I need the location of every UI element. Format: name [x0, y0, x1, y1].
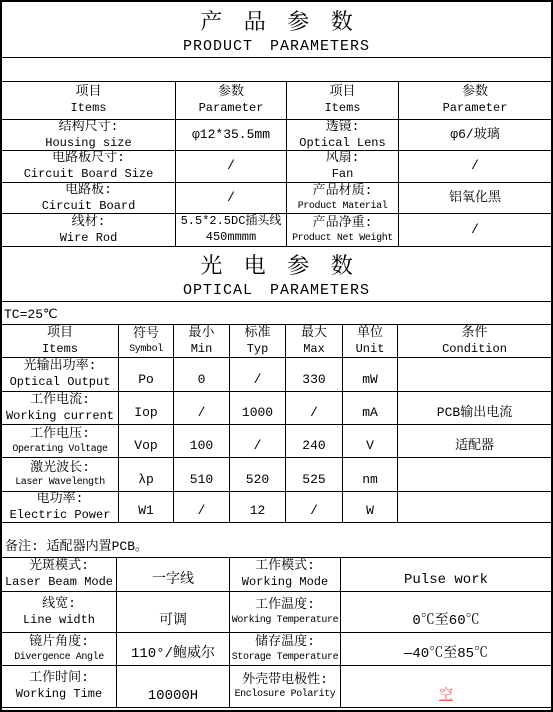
typ-electric-power: 12	[230, 492, 286, 522]
label-working-mode-zh: 工作模式:	[255, 558, 315, 575]
product-parameters-title-block: 产 品 参 数 PRODUCT PARAMETERS	[2, 2, 551, 58]
condition-laser-wavelength	[398, 458, 551, 491]
header-parameter-1: 参数 Parameter	[176, 82, 287, 119]
header-items-zh: 项目	[47, 325, 73, 342]
label-working-temperature: 工作温度: Working Temperature	[230, 592, 341, 632]
optical-row-laser-wavelength: 激光波长: Laser Wavelength λp 510 520 525 nm	[2, 458, 551, 492]
header-max-zh: 最大	[301, 325, 327, 342]
value-fan: /	[399, 151, 551, 182]
header-items-1: 项目 Items	[2, 82, 176, 119]
value-circuit-board-size-text: /	[227, 158, 235, 175]
header-unit-en: Unit	[356, 342, 385, 357]
optical-title-zh: 光 电 参 数	[192, 249, 361, 280]
min-working-current: /	[174, 392, 230, 424]
label-housing-size-zh: 结构尺寸:	[59, 120, 119, 136]
label-product-net-weight: 产品净重: Product Net Weight	[287, 214, 399, 246]
spec-table: 光斑模式: Laser Beam Mode 一字线 工作模式: Working …	[2, 558, 551, 708]
optical-row-electric-power: 电功率: Electric Power W1 / 12 / W	[2, 492, 551, 523]
label-working-current-zh: 工作电流:	[30, 392, 90, 409]
label-enclosure-polarity-zh: 外壳带电极性:	[242, 672, 328, 689]
header-symbol-zh: 符号	[133, 326, 159, 343]
symbol-iop-text: Iop	[134, 405, 157, 422]
label-wire-rod-en: Wire Rod	[60, 231, 118, 246]
min-laser-wavelength-text: 510	[190, 472, 213, 489]
header-min-zh: 最小	[188, 325, 214, 342]
value-optical-lens-text: φ6/玻璃	[450, 127, 499, 144]
label-optical-output-zh: 光输出功率:	[24, 358, 97, 375]
label-optical-lens-zh: 透镜:	[326, 120, 360, 136]
header-parameter-1-en: Parameter	[199, 101, 264, 117]
optical-row-working-current: 工作电流: Working current Iop / 1000 / mA PC…	[2, 392, 551, 425]
typ-operating-voltage: /	[230, 425, 286, 457]
value-product-net-weight: /	[399, 214, 551, 246]
spec-row-divergence-angle: 镜片角度: Divergence Angle 110°/鲍威尔 储存温度: St…	[2, 633, 551, 666]
tc-condition-row: TC=25℃	[2, 302, 551, 325]
value-housing-size: φ12*35.5mm	[176, 120, 287, 150]
label-circuit-board-zh: 电路板:	[65, 183, 112, 199]
unit-electric-power: W	[343, 492, 398, 522]
max-operating-voltage: 240	[286, 425, 343, 457]
header-typ-zh: 标准	[244, 325, 270, 342]
min-operating-voltage: 100	[174, 425, 230, 457]
unit-laser-wavelength: nm	[343, 458, 398, 491]
symbol-w1-text: W1	[138, 503, 154, 520]
value-fan-text: /	[471, 158, 479, 175]
value-laser-beam-mode: 一字线	[117, 558, 230, 591]
max-optical-output: 330	[286, 358, 343, 391]
unit-electric-power-text: W	[366, 503, 374, 520]
label-divergence-angle-en: Divergence Angle	[14, 651, 104, 664]
remark-text: 备注: 适配器内置PCB。	[5, 535, 148, 554]
label-wire-rod-zh: 线材:	[72, 214, 106, 231]
label-storage-temperature: 储存温度: Storage Temperature	[230, 633, 341, 665]
header-typ-en: Typ	[247, 342, 269, 357]
min-working-current-text: /	[198, 405, 206, 422]
label-working-temperature-en: Working Temperature	[232, 614, 338, 627]
optical-row-operating-voltage: 工作电压: Operating Voltage Vop 100 / 240 V …	[2, 425, 551, 458]
header-parameter-2: 参数 Parameter	[399, 82, 551, 119]
header-condition: 条件 Condition	[398, 325, 551, 357]
label-enclosure-polarity: 外壳带电极性: Enclosure Polarity	[230, 666, 341, 707]
typ-working-current: 1000	[230, 392, 286, 424]
label-line-width-zh: 线宽:	[42, 596, 76, 613]
typ-optical-output-text: /	[254, 372, 262, 389]
label-wire-rod: 线材: Wire Rod	[2, 214, 176, 246]
min-optical-output: 0	[174, 358, 230, 391]
optical-table: 项目 Items 符号 Symbol 最小 Min 标准 Typ 最大 Max …	[2, 325, 551, 558]
header-max: 最大 Max	[286, 325, 343, 357]
table-row-wire-rod: 线材: Wire Rod 5.5*2.5DC插头线 450mmmm 产品净重: …	[2, 214, 551, 247]
header-unit-zh: 单位	[357, 325, 383, 342]
value-circuit-board: /	[176, 183, 287, 213]
label-circuit-board-en: Circuit Board	[42, 199, 136, 213]
table-row-housing-size: 结构尺寸: Housing size φ12*35.5mm 透镜: Optica…	[2, 120, 551, 151]
label-circuit-board-size-zh: 电路板尺寸:	[52, 151, 125, 167]
min-optical-output-text: 0	[198, 372, 206, 389]
value-storage-temperature-text: —40℃至85℃	[404, 645, 488, 663]
value-circuit-board-size: /	[176, 151, 287, 182]
label-electric-power-en: Electric Power	[10, 508, 111, 522]
value-working-temperature-text: 0℃至60℃	[412, 612, 479, 630]
product-table: 项目 Items 参数 Parameter 项目 Items 参数 Parame…	[2, 82, 551, 247]
label-laser-wavelength: 激光波长: Laser Wavelength	[2, 458, 119, 491]
symbol-vop: Vop	[119, 425, 174, 457]
header-parameter-2-en: Parameter	[443, 101, 508, 117]
value-working-mode: Pulse work	[341, 558, 551, 591]
unit-optical-output-text: mW	[362, 372, 378, 389]
label-working-temperature-zh: 工作温度:	[255, 597, 315, 614]
value-product-material: 铝氧化黑	[399, 183, 551, 213]
label-fan-en: Fan	[332, 167, 354, 182]
value-enclosure-polarity-text: 空	[439, 687, 453, 705]
symbol-po: Po	[119, 358, 174, 391]
value-enclosure-polarity: 空	[341, 666, 551, 707]
condition-working-current: PCB输出电流	[398, 392, 551, 424]
condition-optical-output	[398, 358, 551, 391]
value-line-width: 可调	[117, 592, 230, 632]
typ-electric-power-text: 12	[250, 503, 266, 520]
value-housing-size-text: φ12*35.5mm	[192, 127, 270, 144]
label-working-time-zh: 工作时间:	[29, 670, 89, 687]
symbol-w1: W1	[119, 492, 174, 522]
label-optical-lens: 透镜: Optical Lens	[287, 120, 399, 150]
product-title-zh: 产 品 参 数	[192, 5, 361, 36]
optical-parameters-title-block: 光 电 参 数 OPTICAL PARAMETERS	[2, 247, 551, 302]
condition-working-current-text: PCB输出电流	[437, 405, 512, 422]
typ-optical-output: /	[230, 358, 286, 391]
label-product-net-weight-zh: 产品净重:	[313, 215, 373, 232]
value-working-time-text: 10000H	[148, 687, 198, 705]
condition-operating-voltage: 适配器	[398, 425, 551, 457]
max-optical-output-text: 330	[302, 372, 325, 389]
max-operating-voltage-text: 240	[302, 438, 325, 455]
min-electric-power-text: /	[198, 503, 206, 520]
optical-row-optical-output: 光输出功率: Optical Output Po 0 / 330 mW	[2, 358, 551, 392]
value-working-temperature: 0℃至60℃	[341, 592, 551, 632]
label-laser-beam-mode-en: Laser Beam Mode	[5, 575, 113, 591]
label-working-time-en: Working Time	[16, 687, 102, 703]
label-product-material-en: Product Material	[298, 200, 388, 213]
symbol-iop: Iop	[119, 392, 174, 424]
label-operating-voltage-en: Operating Voltage	[12, 443, 107, 456]
symbol-po-text: Po	[138, 372, 154, 389]
table-row-circuit-board-size: 电路板尺寸: Circuit Board Size / 风扇: Fan /	[2, 151, 551, 183]
min-operating-voltage-text: 100	[190, 438, 213, 455]
label-optical-lens-en: Optical Lens	[299, 136, 385, 150]
unit-laser-wavelength-text: nm	[362, 472, 378, 489]
symbol-lambda-p: λp	[119, 458, 174, 491]
label-product-material: 产品材质: Product Material	[287, 183, 399, 213]
value-divergence-angle-text: 110°/鲍威尔	[131, 645, 215, 663]
product-title-en: PRODUCT PARAMETERS	[183, 38, 370, 55]
value-line-width-text: 可调	[159, 612, 187, 630]
typ-operating-voltage-text: /	[254, 438, 262, 455]
max-working-current: /	[286, 392, 343, 424]
label-housing-size-en: Housing size	[45, 136, 131, 150]
unit-operating-voltage-text: V	[366, 438, 374, 455]
label-housing-size: 结构尺寸: Housing size	[2, 120, 176, 150]
label-divergence-angle: 镜片角度: Divergence Angle	[2, 633, 117, 665]
label-product-material-zh: 产品材质:	[313, 183, 373, 200]
header-condition-en: Condition	[442, 342, 507, 357]
label-enclosure-polarity-en: Enclosure Polarity	[235, 688, 336, 701]
label-optical-output: 光输出功率: Optical Output	[2, 358, 119, 391]
header-items-2: 项目 Items	[287, 82, 399, 119]
value-divergence-angle: 110°/鲍威尔	[117, 633, 230, 665]
label-operating-voltage: 工作电压: Operating Voltage	[2, 425, 119, 457]
header-items-2-zh: 项目	[329, 84, 355, 101]
header-min-en: Min	[191, 342, 213, 357]
label-laser-beam-mode: 光斑模式: Laser Beam Mode	[2, 558, 117, 591]
label-line-width: 线宽: Line width	[2, 592, 117, 632]
value-wire-rod: 5.5*2.5DC插头线 450mmmm	[176, 214, 287, 246]
optical-title-en: OPTICAL PARAMETERS	[183, 282, 370, 299]
value-working-mode-text: Pulse work	[404, 571, 488, 589]
tc-condition-text: TC=25℃	[4, 307, 58, 322]
label-circuit-board: 电路板: Circuit Board	[2, 183, 176, 213]
typ-working-current-text: 1000	[242, 405, 273, 422]
unit-optical-output: mW	[343, 358, 398, 391]
label-working-current-en: Working current	[6, 409, 114, 424]
value-product-material-text: 铝氧化黑	[449, 190, 501, 207]
header-typ: 标准 Typ	[230, 325, 286, 357]
spec-sheet: 产 品 参 数 PRODUCT PARAMETERS 项目 Items 参数 P…	[0, 0, 553, 712]
header-items-1-zh: 项目	[75, 84, 101, 101]
unit-working-current: mA	[343, 392, 398, 424]
header-unit: 单位 Unit	[343, 325, 398, 357]
min-electric-power: /	[174, 492, 230, 522]
symbol-lambda-p-text: λp	[138, 472, 154, 489]
label-electric-power-zh: 电功率:	[37, 492, 84, 508]
typ-laser-wavelength: 520	[230, 458, 286, 491]
value-storage-temperature: —40℃至85℃	[341, 633, 551, 665]
max-laser-wavelength: 525	[286, 458, 343, 491]
typ-laser-wavelength-text: 520	[246, 472, 269, 489]
label-storage-temperature-zh: 储存温度:	[255, 634, 315, 651]
min-laser-wavelength: 510	[174, 458, 230, 491]
max-electric-power-text: /	[310, 503, 318, 520]
value-wire-rod-line2: 450mmmm	[206, 230, 256, 246]
max-electric-power: /	[286, 492, 343, 522]
label-storage-temperature-en: Storage Temperature	[232, 651, 338, 664]
value-working-time: 10000H	[117, 666, 230, 707]
header-condition-zh: 条件	[461, 325, 487, 342]
label-working-time: 工作时间: Working Time	[2, 666, 117, 707]
header-parameter-2-zh: 参数	[462, 84, 488, 101]
header-max-en: Max	[303, 342, 325, 357]
header-symbol: 符号 Symbol	[119, 325, 174, 357]
label-laser-wavelength-en: Laser Wavelength	[15, 476, 105, 489]
header-parameter-1-zh: 参数	[218, 84, 244, 101]
label-circuit-board-size-en: Circuit Board Size	[24, 167, 154, 182]
label-working-current: 工作电流: Working current	[2, 392, 119, 424]
label-laser-beam-mode-zh: 光斑模式:	[29, 558, 89, 575]
remark-row: 备注: 适配器内置PCB。	[2, 523, 551, 558]
spacer-row	[2, 58, 551, 82]
header-items-en: Items	[42, 342, 78, 357]
spec-row-line-width: 线宽: Line width 可调 工作温度: Working Temperat…	[2, 592, 551, 633]
label-product-net-weight-en: Product Net Weight	[292, 232, 393, 245]
table-row-circuit-board: 电路板: Circuit Board / 产品材质: Product Mater…	[2, 183, 551, 214]
label-circuit-board-size: 电路板尺寸: Circuit Board Size	[2, 151, 176, 182]
spec-row-working-time: 工作时间: Working Time 10000H 外壳带电极性: Enclos…	[2, 666, 551, 708]
header-items: 项目 Items	[2, 325, 119, 357]
condition-electric-power	[398, 492, 551, 522]
label-operating-voltage-zh: 工作电压:	[30, 426, 90, 443]
header-items-2-en: Items	[324, 101, 360, 117]
label-working-mode: 工作模式: Working Mode	[230, 558, 341, 591]
optical-table-header-row: 项目 Items 符号 Symbol 最小 Min 标准 Typ 最大 Max …	[2, 325, 551, 358]
max-working-current-text: /	[310, 405, 318, 422]
label-laser-wavelength-zh: 激光波长:	[30, 460, 90, 477]
value-wire-rod-line1: 5.5*2.5DC插头线	[181, 214, 282, 230]
unit-working-current-text: mA	[362, 405, 378, 422]
max-laser-wavelength-text: 525	[302, 472, 325, 489]
header-items-1-en: Items	[70, 101, 106, 117]
value-laser-beam-mode-text: 一字线	[152, 571, 194, 589]
value-optical-lens: φ6/玻璃	[399, 120, 551, 150]
unit-operating-voltage: V	[343, 425, 398, 457]
condition-operating-voltage-text: 适配器	[455, 438, 494, 455]
label-optical-output-en: Optical Output	[10, 375, 111, 391]
label-line-width-en: Line width	[23, 613, 95, 629]
header-min: 最小 Min	[174, 325, 230, 357]
label-divergence-angle-zh: 镜片角度:	[29, 634, 89, 651]
label-electric-power: 电功率: Electric Power	[2, 492, 119, 522]
spec-row-beam-mode: 光斑模式: Laser Beam Mode 一字线 工作模式: Working …	[2, 558, 551, 592]
label-fan-zh: 风扇:	[326, 151, 360, 167]
symbol-vop-text: Vop	[134, 438, 157, 455]
product-table-header-row: 项目 Items 参数 Parameter 项目 Items 参数 Parame…	[2, 82, 551, 120]
header-symbol-en: Symbol	[129, 343, 163, 356]
label-working-mode-en: Working Mode	[242, 575, 328, 591]
value-product-net-weight-text: /	[471, 222, 479, 239]
label-fan: 风扇: Fan	[287, 151, 399, 182]
value-circuit-board-text: /	[227, 190, 235, 207]
